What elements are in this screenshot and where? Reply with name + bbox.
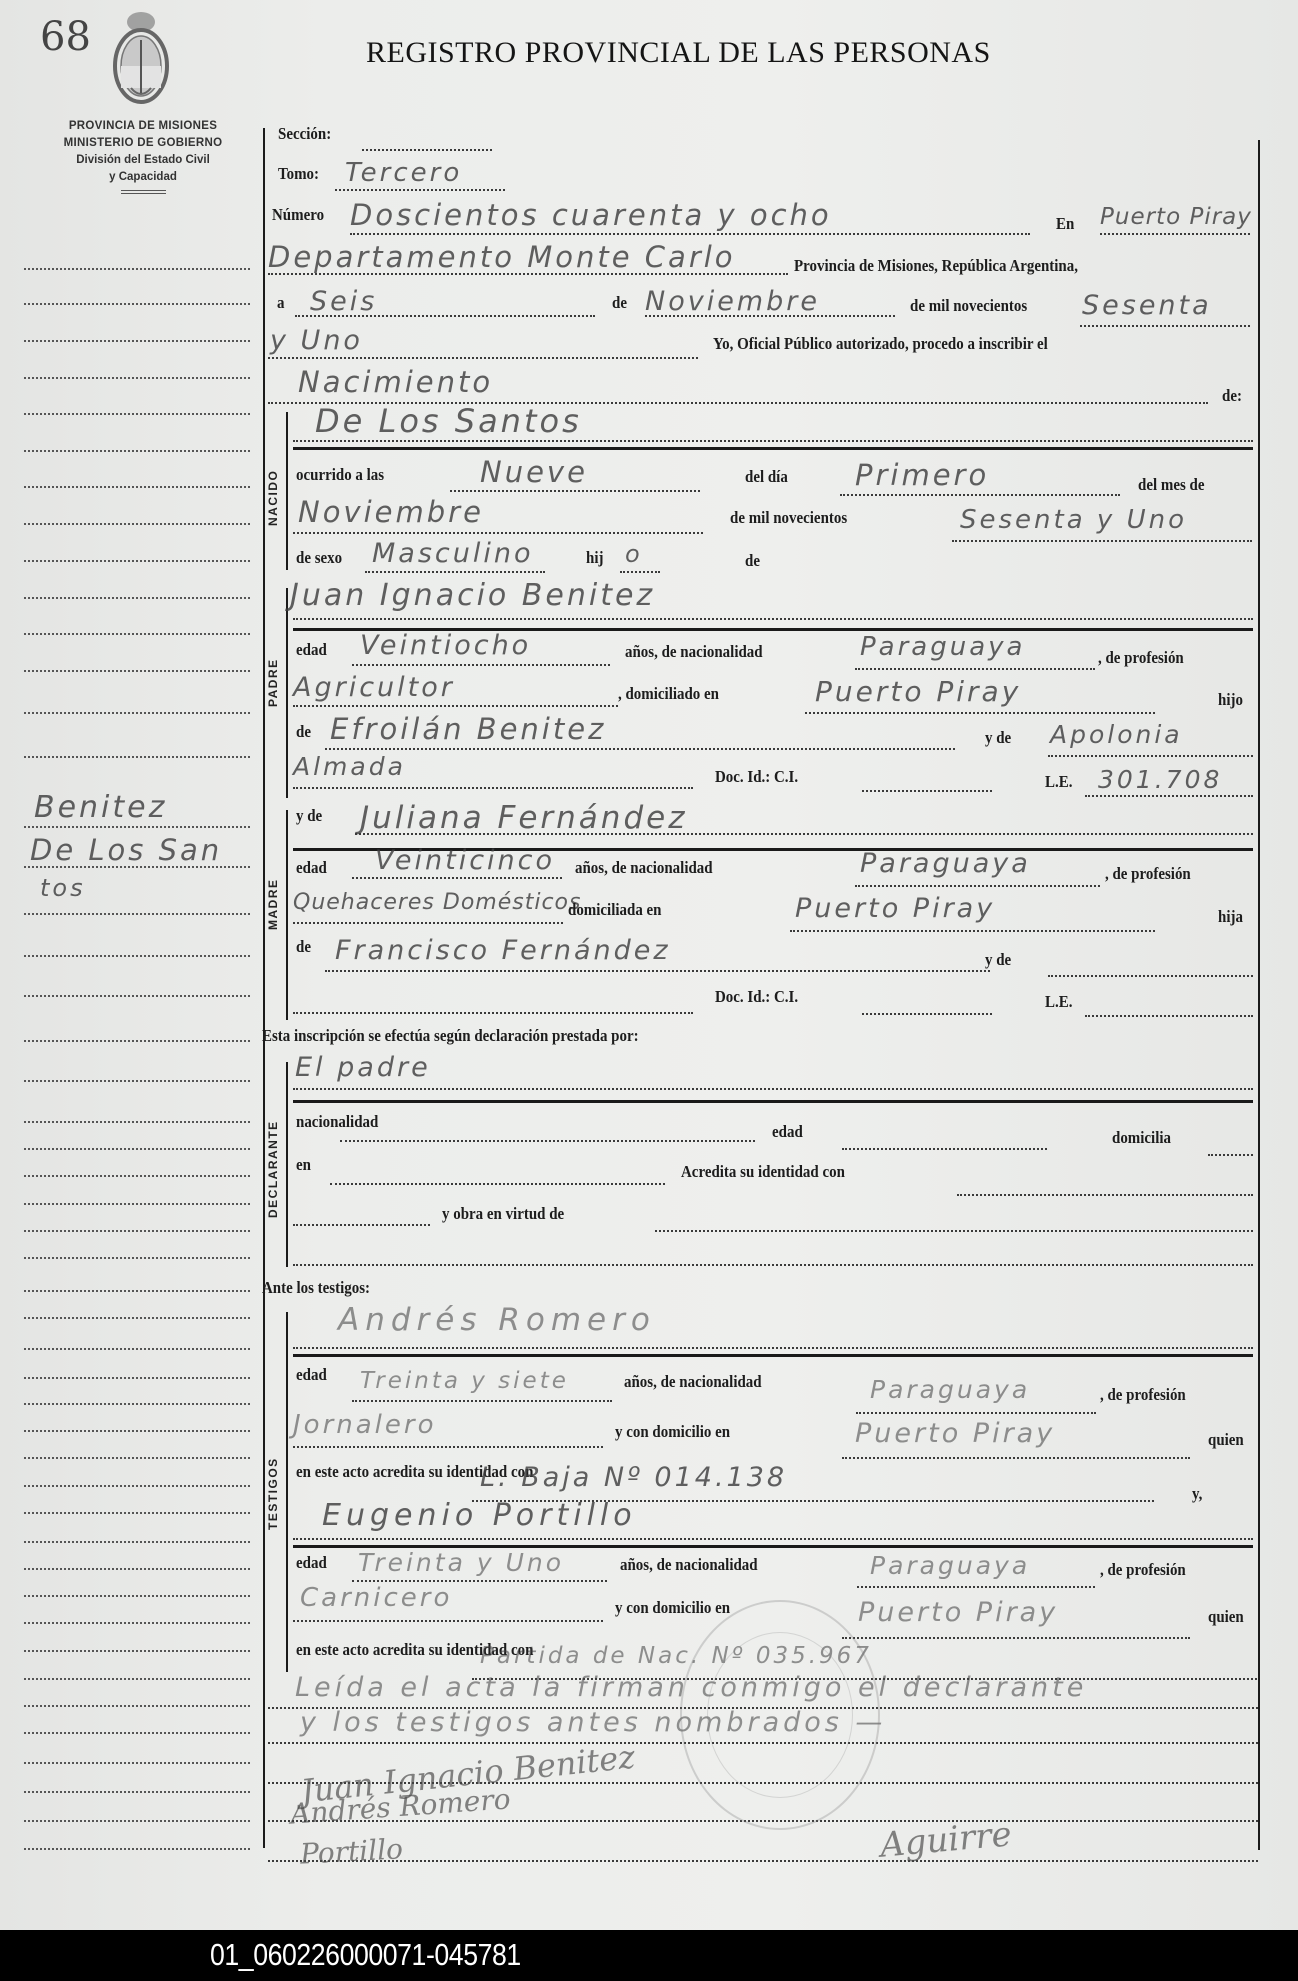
- argentina-coat-of-arms-icon: [105, 8, 177, 108]
- margin-line: [24, 712, 250, 714]
- testigo-2-edad-label: edad: [296, 1553, 327, 1573]
- margin-line: [24, 303, 250, 305]
- madre-edad-field[interactable]: [352, 877, 562, 879]
- margin-line: [24, 1203, 250, 1205]
- margin-line: [24, 1290, 250, 1292]
- testigo-2-edad-field[interactable]: [352, 1580, 607, 1582]
- madre-profesion-label: , de profesión: [1105, 864, 1191, 884]
- en-field[interactable]: [1100, 233, 1250, 235]
- hij-value: o: [625, 540, 643, 568]
- testigo-1-profesion-field[interactable]: [293, 1446, 603, 1448]
- margin-line: [24, 1230, 250, 1232]
- sexo-field[interactable]: [365, 571, 545, 573]
- testigos-intro-text: Ante los testigos:: [262, 1278, 370, 1298]
- padre-profesion-label: , de profesión: [1098, 648, 1184, 668]
- sexo-value: Masculino: [372, 538, 534, 569]
- margin-line: [24, 1040, 250, 1042]
- madre-nacionalidad-label: años, de nacionalidad: [575, 858, 713, 878]
- declarante-nacionalidad-label: nacionalidad: [296, 1112, 378, 1132]
- tomo-label: Tomo:: [278, 164, 319, 184]
- tomo-field[interactable]: [335, 189, 505, 191]
- domicilia-label: domicilia: [1112, 1128, 1171, 1148]
- margin-line: [24, 756, 250, 758]
- margin-line: [24, 1148, 250, 1150]
- margin-line: [24, 1541, 250, 1543]
- padre-le-field[interactable]: [1085, 795, 1253, 797]
- agency-capacity: y Capacidad: [28, 169, 258, 186]
- padre-doc-label: Doc. Id.: C.I.: [715, 767, 798, 787]
- testigo-2-nacionalidad-label: años, de nacionalidad: [620, 1555, 758, 1575]
- en-value: Puerto Piray: [1100, 204, 1252, 230]
- padre-name-value: Juan Ignacio Benitez: [290, 578, 655, 613]
- numero-field[interactable]: [350, 233, 1030, 235]
- padre-edad-label: edad: [296, 640, 327, 660]
- madre-domicilio-field[interactable]: [790, 930, 1155, 932]
- margin-line: [24, 1622, 250, 1624]
- declarante-edad-label: edad: [772, 1122, 803, 1142]
- margin-line: [24, 1762, 250, 1764]
- margin-line: [24, 1512, 250, 1514]
- declarante-acredita-continued-field[interactable]: [293, 1224, 430, 1226]
- mes-nacimiento-value: Noviembre: [298, 495, 484, 529]
- testigo-1-nacionalidad-label: años, de nacionalidad: [624, 1372, 762, 1392]
- testigo-2-nacionalidad-field[interactable]: [857, 1586, 1095, 1588]
- dia-value: Seis: [310, 286, 377, 317]
- margin-line: [24, 1377, 250, 1379]
- madre-edad-label: edad: [296, 858, 327, 878]
- agency-division: División del Estado Civil: [28, 152, 258, 169]
- testigos-section-label: TESTIGOS: [266, 1457, 280, 1530]
- mes-nacimiento-field[interactable]: [293, 532, 703, 534]
- testigo-2-quien-label: quien: [1208, 1607, 1244, 1627]
- del-dia-label: del día: [745, 467, 788, 487]
- hija-label: hija: [1218, 907, 1243, 927]
- declarante-domicilio-field[interactable]: [1208, 1154, 1253, 1156]
- declarante-edad-field[interactable]: [842, 1148, 1047, 1150]
- anio-nacimiento-value: Sesenta y Uno: [960, 505, 1187, 535]
- margin-line: [24, 450, 250, 452]
- abuela-paterna-value-1: Apolonia: [1050, 720, 1183, 749]
- testigo-2-name-value: Eugenio Portillo: [322, 1498, 637, 1533]
- margin-line: [24, 1705, 250, 1707]
- nacido-section-label: NACIDO: [266, 470, 280, 526]
- madre-ci-field[interactable]: [862, 1013, 992, 1015]
- testigo-1-name-field[interactable]: [293, 1347, 1253, 1349]
- testigo-1-domicilio-field[interactable]: [842, 1457, 1190, 1459]
- domiciliada-label: domiciliada en: [568, 900, 662, 920]
- declarante-name-rule: [293, 1100, 1253, 1103]
- margin-line: [24, 955, 250, 957]
- madre-doc-label: Doc. Id.: C.I.: [715, 987, 798, 1007]
- margin-line: [24, 1678, 250, 1680]
- oficial-publico-text: Yo, Oficial Público autorizado, procedo …: [713, 334, 1048, 354]
- acredita-label: Acredita su identidad con: [681, 1162, 845, 1182]
- testigo-1-edad-label: edad: [296, 1365, 327, 1385]
- dia-nacimiento-field[interactable]: [840, 494, 1120, 496]
- testigo-1-domicilio-value: Puerto Piray: [855, 1418, 1055, 1449]
- margin-line: [24, 1485, 250, 1487]
- mes-value: Noviembre: [645, 286, 820, 317]
- anio-value-1: Sesenta: [1082, 290, 1212, 321]
- madre-edad-value: Veinticinco: [375, 845, 555, 876]
- madre-section-bar: [286, 810, 288, 1020]
- declarante-obra-field[interactable]: [655, 1230, 1253, 1232]
- margin-line: [24, 377, 250, 379]
- margin-line: [24, 486, 250, 488]
- testigo-2-domicilio-label: y con domicilio en: [615, 1598, 730, 1618]
- folio-number: 68: [40, 14, 91, 60]
- margin-line: [24, 340, 250, 342]
- abuela-materna-field[interactable]: [1048, 975, 1253, 977]
- padre-le-label: L.E.: [1045, 772, 1072, 792]
- testigo-1-profesion-value: Jornalero: [293, 1410, 437, 1440]
- testigo-1-name-rule: [293, 1354, 1253, 1357]
- margin-line: [24, 413, 250, 415]
- seccion-field[interactable]: [362, 149, 492, 151]
- padre-de-label: de: [296, 722, 311, 742]
- departamento-value: Departamento Monte Carlo: [268, 240, 736, 274]
- declarante-en-field[interactable]: [330, 1183, 665, 1185]
- domiciliado-label: , domiciliado en: [618, 684, 719, 704]
- padre-profesion-value: Agricultor: [293, 672, 455, 703]
- padre-domicilio-value: Puerto Piray: [815, 675, 1021, 708]
- margin-line: [24, 1121, 250, 1123]
- margin-line: [24, 995, 250, 997]
- tomo-value: Tercero: [345, 158, 462, 188]
- abuelo-paterno-value: Efroilán Benitez: [330, 712, 606, 746]
- birth-certificate-page: 68 REGISTRO PROVINCIAL DE LAS PERSONAS P…: [0, 0, 1298, 1930]
- margin-line: [24, 597, 250, 599]
- padre-profesion-field[interactable]: [293, 705, 618, 707]
- signature-oficial: Aguirre: [879, 1814, 1014, 1865]
- abuelo-materno-value: Francisco Fernández: [335, 935, 671, 966]
- seccion-label: Sección:: [278, 124, 331, 144]
- testigo-1-quien-label: quien: [1208, 1430, 1244, 1450]
- margin-line: [24, 1257, 250, 1259]
- margin-line: [24, 560, 250, 562]
- madre-le-label: L.E.: [1045, 992, 1072, 1012]
- official-seal-stamp: [680, 1600, 880, 1830]
- margin-line: [24, 1175, 250, 1177]
- margin-line: [24, 1430, 250, 1432]
- margin-line: [24, 826, 250, 828]
- provincia-text: Provincia de Misiones, República Argenti…: [794, 256, 1078, 276]
- testigos-section-bar: [286, 1312, 288, 1672]
- madre-de-label: de: [296, 937, 311, 957]
- padre-name-field[interactable]: [293, 618, 1253, 620]
- numero-value: Doscientos cuarenta y ocho: [350, 198, 832, 232]
- en-label: En: [1056, 214, 1074, 234]
- declarante-section-bar: [286, 1062, 288, 1267]
- scan-footer-bar: 01_060226000071-045781: [0, 1930, 1298, 1981]
- anio-nacimiento-field[interactable]: [952, 540, 1252, 542]
- testigo-1-trailing-y: y,: [1192, 1484, 1202, 1504]
- padre-nacionalidad-field[interactable]: [855, 668, 1095, 670]
- obra-label: y obra en virtud de: [442, 1204, 564, 1224]
- abuela-paterna-value-2: Almada: [293, 752, 406, 781]
- madre-nacionalidad-value: Paraguaya: [860, 848, 1031, 879]
- form-left-border: [263, 128, 265, 1848]
- margin-note-surname-1: Benitez: [34, 790, 167, 825]
- madre-profesion-field[interactable]: [293, 922, 563, 924]
- testigo-2-name-field[interactable]: [293, 1538, 1253, 1540]
- del-mes-label: del mes de: [1138, 475, 1204, 495]
- nacido-section-bar: [286, 412, 288, 570]
- madre-profesion-value: Quehaceres Domésticos: [293, 890, 581, 915]
- padre-nacionalidad-value: Paraguaya: [860, 632, 1025, 662]
- testigo-1-nacionalidad-value: Paraguaya: [870, 1375, 1030, 1404]
- testigo-2-domicilio-value: Puerto Piray: [858, 1597, 1058, 1628]
- margin-line: [24, 1403, 250, 1405]
- padre-section-bar: [286, 588, 288, 798]
- padre-le-value: 301.708: [1098, 765, 1222, 794]
- margin-line: [24, 1820, 250, 1822]
- agency-ministry: MINISTERIO DE GOBIERNO: [28, 135, 258, 152]
- madre-domicilio-value: Puerto Piray: [795, 893, 995, 924]
- ocurrido-label: ocurrido a las: [296, 465, 384, 485]
- declarante-nacionalidad-field[interactable]: [340, 1140, 755, 1142]
- testigo-2-profesion-value: Carnicero: [300, 1583, 452, 1613]
- issuing-agency: PROVINCIA DE MISIONES MINISTERIO DE GOBI…: [28, 118, 258, 194]
- nacido-name-rule: [293, 447, 1253, 450]
- margin-line: [24, 913, 250, 915]
- declarante-name-field[interactable]: [293, 1088, 1253, 1090]
- padre-edad-value: Veintiocho: [360, 630, 531, 661]
- testigo-2-profesion-label: , de profesión: [1100, 1560, 1186, 1580]
- declarante-name-value: El padre: [295, 1052, 431, 1083]
- signature-line-3: [268, 1860, 1258, 1862]
- scan-identifier: 01_060226000071-045781: [210, 1937, 521, 1973]
- margin-line: [24, 268, 250, 270]
- margin-line: [24, 1791, 250, 1793]
- margin-note-surname-3: tos: [40, 874, 86, 902]
- sexo-label: de sexo: [296, 548, 342, 568]
- a-label: a: [277, 293, 284, 313]
- declarante-section-label: DECLARANTE: [266, 1120, 280, 1218]
- padre-ci-field[interactable]: [862, 790, 992, 792]
- hij-field[interactable]: [620, 571, 660, 573]
- margin-line: [24, 523, 250, 525]
- hijo-label: hijo: [1218, 690, 1243, 710]
- margin-line: [24, 1848, 250, 1850]
- padre-edad-field[interactable]: [352, 664, 610, 666]
- numero-label: Número: [272, 205, 324, 225]
- padre-y-de-label: y de: [985, 728, 1011, 748]
- mil-novecientos-label: de mil novecientos: [910, 296, 1027, 316]
- madre-y-de2-label: y de: [985, 950, 1011, 970]
- declarante-acredita-field[interactable]: [957, 1194, 1253, 1196]
- margin-line: [24, 1732, 250, 1734]
- anio-value-2: y Uno: [270, 325, 363, 356]
- testigo-2-domicilio-field[interactable]: [842, 1637, 1190, 1639]
- padre-section-label: PADRE: [266, 658, 280, 707]
- testigo-1-edad-field[interactable]: [352, 1400, 612, 1402]
- nacido-name-field[interactable]: [293, 440, 1253, 442]
- testigo-1-nacionalidad-field[interactable]: [856, 1412, 1096, 1414]
- testigo-1-domicilio-label: y con domicilio en: [615, 1422, 730, 1442]
- testigo-2-edad-value: Treinta y Uno: [358, 1548, 564, 1577]
- hij-label: hij: [586, 548, 603, 568]
- padre-domicilio-field[interactable]: [805, 712, 1155, 714]
- nacido-de-label: de: [745, 551, 760, 571]
- testigo-1-acredita-value: L. Baja Nº 014.138: [480, 1462, 787, 1493]
- margin-line: [24, 1317, 250, 1319]
- margin-line: [24, 1595, 250, 1597]
- madre-name-field[interactable]: [355, 833, 1253, 835]
- declarante-intro-text: Esta inscripción se efectúa según declar…: [262, 1026, 639, 1046]
- document-title: REGISTRO PROVINCIAL DE LAS PERSONAS: [366, 36, 991, 70]
- margin-note-surname-2: De Los San: [30, 833, 222, 867]
- padre-nacionalidad-label: años, de nacionalidad: [625, 642, 763, 662]
- testigo-2-profesion-field[interactable]: [293, 1620, 603, 1622]
- madre-section-label: MADRE: [266, 879, 280, 931]
- margin-line: [24, 1348, 250, 1350]
- madre-name-value: Juliana Fernández: [360, 800, 687, 836]
- margin-line: [24, 670, 250, 672]
- hora-field[interactable]: [450, 490, 700, 492]
- madre-y-de-label: y de: [296, 806, 322, 826]
- nacido-name-value: De Los Santos: [315, 402, 582, 440]
- de-label: de: [612, 293, 627, 313]
- testigo-1-name-value: Andrés Romero: [338, 1302, 656, 1338]
- madre-doc-continued-field[interactable]: [293, 1012, 693, 1014]
- declarante-obra-continued-field[interactable]: [293, 1264, 1253, 1266]
- anio-continued-field[interactable]: [268, 357, 698, 359]
- agency-divider: [121, 190, 166, 194]
- de-colon-label: de:: [1222, 386, 1242, 406]
- dia-nacimiento-value: Primero: [855, 458, 989, 492]
- form-right-border: [1258, 140, 1260, 1850]
- testigo-1-profesion-label: , de profesión: [1100, 1385, 1186, 1405]
- margin-line: [24, 1080, 250, 1082]
- abuela-paterna-field[interactable]: [1048, 755, 1253, 757]
- abuelo-materno-field[interactable]: [325, 970, 990, 972]
- testigo-2-nacionalidad-value: Paraguaya: [870, 1551, 1030, 1580]
- testigo-1-edad-value: Treinta y siete: [360, 1368, 569, 1394]
- anio-field[interactable]: [1080, 325, 1250, 327]
- margin-line: [24, 633, 250, 635]
- acto-value: Nacimiento: [298, 365, 493, 399]
- abuelo-paterno-field[interactable]: [325, 748, 955, 750]
- abuela-paterna-continued-field[interactable]: [293, 787, 693, 789]
- mil-novecientos-nacido-label: de mil novecientos: [730, 508, 847, 528]
- madre-nacionalidad-field[interactable]: [855, 885, 1100, 887]
- signature-testigo-2: Portillo: [299, 1832, 404, 1870]
- hora-value: Nueve: [480, 455, 588, 489]
- margin-line: [24, 1568, 250, 1570]
- margin-line: [24, 1457, 250, 1459]
- agency-province: PROVINCIA DE MISIONES: [28, 118, 258, 135]
- madre-le-field[interactable]: [1085, 1015, 1253, 1017]
- declarante-en-label: en: [296, 1155, 311, 1175]
- margin-line: [24, 1650, 250, 1652]
